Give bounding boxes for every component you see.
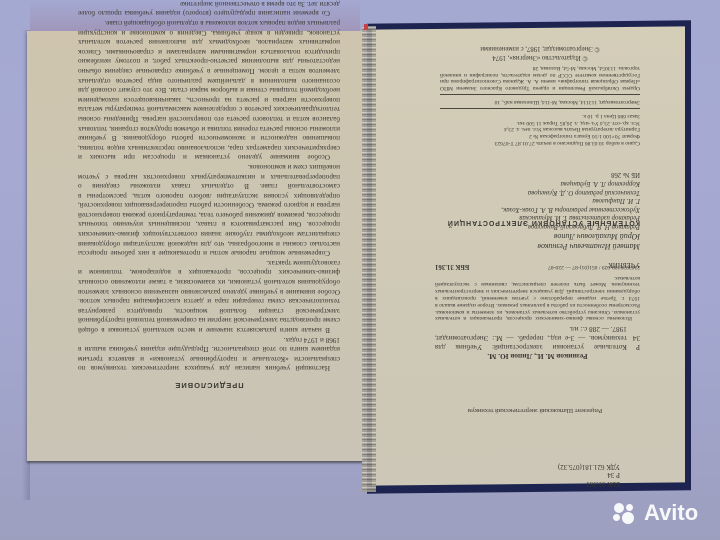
imprint-line: Формат 70×100 1/16 Бумага типографская №… bbox=[440, 132, 640, 139]
avito-watermark: Avito bbox=[612, 500, 698, 526]
book-spine-gutter bbox=[362, 26, 376, 492]
credit-line: Г. И. Панфилова bbox=[440, 196, 640, 205]
bbk-code: ББК 31.361 bbox=[540, 479, 620, 488]
index-code: Р 34 bbox=[540, 471, 620, 480]
avito-wordmark: Avito bbox=[644, 500, 698, 526]
copyright-1987: © Энергоатомиздат, 1987, с изменениями bbox=[440, 44, 640, 53]
credit-line: Корректор Л. А. Буданцева bbox=[440, 178, 640, 187]
imprint-line: Заказ 686 Цена 1 р. 10 к. bbox=[440, 112, 640, 119]
biblio-code: 2303030100-029 / 051(01)-87 — 220-87 bbox=[548, 261, 640, 270]
author-name: Юрий Михайлович Липов bbox=[440, 231, 640, 241]
credit-line: Технический редактор О. Д. Кузнецова bbox=[440, 187, 640, 196]
classification-block: ББК 31.361 Р 34 УДК 621.181(075.32) bbox=[540, 454, 620, 488]
copyright-1974: © Издательство «Энергия», 1974 bbox=[440, 52, 640, 61]
preface-paragraph: Современные мощные паровые котлы и проте… bbox=[78, 161, 340, 257]
biblio-annotation: Изложены основы физико-химических процес… bbox=[435, 274, 640, 322]
headband bbox=[364, 24, 368, 30]
printer-info: Ордена Октябрьской Революции и ордена Тр… bbox=[440, 64, 640, 91]
biblio-index: Р 34 bbox=[633, 324, 640, 351]
credit-line: ИБ № 268 bbox=[440, 170, 640, 179]
book-title: КОТЕЛЬНЫЕ УСТАНОВКИ ЭЛЕКТРОСТАНЦИЙ bbox=[440, 218, 640, 227]
bibliographic-entry: Резников М. И., Липов Ю. М. Р 34 Котельн… bbox=[435, 270, 640, 360]
publisher-address: Энергоатомиздат, 113114, Москва, М-114, … bbox=[440, 98, 640, 105]
preface-paragraph: В начале книги разъясняется значение и м… bbox=[78, 257, 340, 334]
imprint-block: Сдано в набор 10.03.86 Подписано в печат… bbox=[440, 76, 640, 146]
divider bbox=[440, 108, 640, 109]
preface-paragraph: Особое внимание уделено установкам и про… bbox=[78, 17, 340, 161]
open-book: ПРЕДИСЛОВИЕ Настоящий учебник написан дл… bbox=[0, 0, 720, 540]
reviewer-line: Рецензент Шатковский энергетический техн… bbox=[455, 400, 615, 414]
biblio-bbk: ББК 31.361 bbox=[435, 261, 469, 270]
preface-title: ПРЕДИСЛОВИЕ bbox=[78, 380, 340, 390]
preface-paragraph: Настоящий учебник написан для учащихся э… bbox=[78, 334, 340, 372]
biblio-authors: Резников М. И., Липов Ю. М. bbox=[435, 351, 640, 360]
imprint-line: Усл. кр.-отт. 23,4 Уч.-изд. л. 26,85 Тир… bbox=[440, 119, 640, 126]
avito-logo-icon bbox=[612, 501, 640, 525]
imprint-line: Сдано в набор 10.03.86 Подписано в печат… bbox=[440, 139, 640, 146]
biblio-title: Котельные установки электростанций: Учеб… bbox=[435, 324, 627, 351]
imprint-line: Гарнитура литературная Печать высокая Ус… bbox=[440, 126, 640, 133]
divider bbox=[440, 94, 640, 95]
udk-code: УДК 621.181(075.32) bbox=[540, 462, 620, 471]
preface-paragraph: Со времени написания предыдущего (второг… bbox=[78, 0, 340, 17]
author-name: Матвей Игнатьевич Резников bbox=[440, 241, 640, 251]
preface-block: ПРЕДИСЛОВИЕ Настоящий учебник написан дл… bbox=[78, 70, 340, 390]
title-block: УЧЕБНИК Матвей Игнатьевич Резников Юрий … bbox=[440, 206, 640, 268]
